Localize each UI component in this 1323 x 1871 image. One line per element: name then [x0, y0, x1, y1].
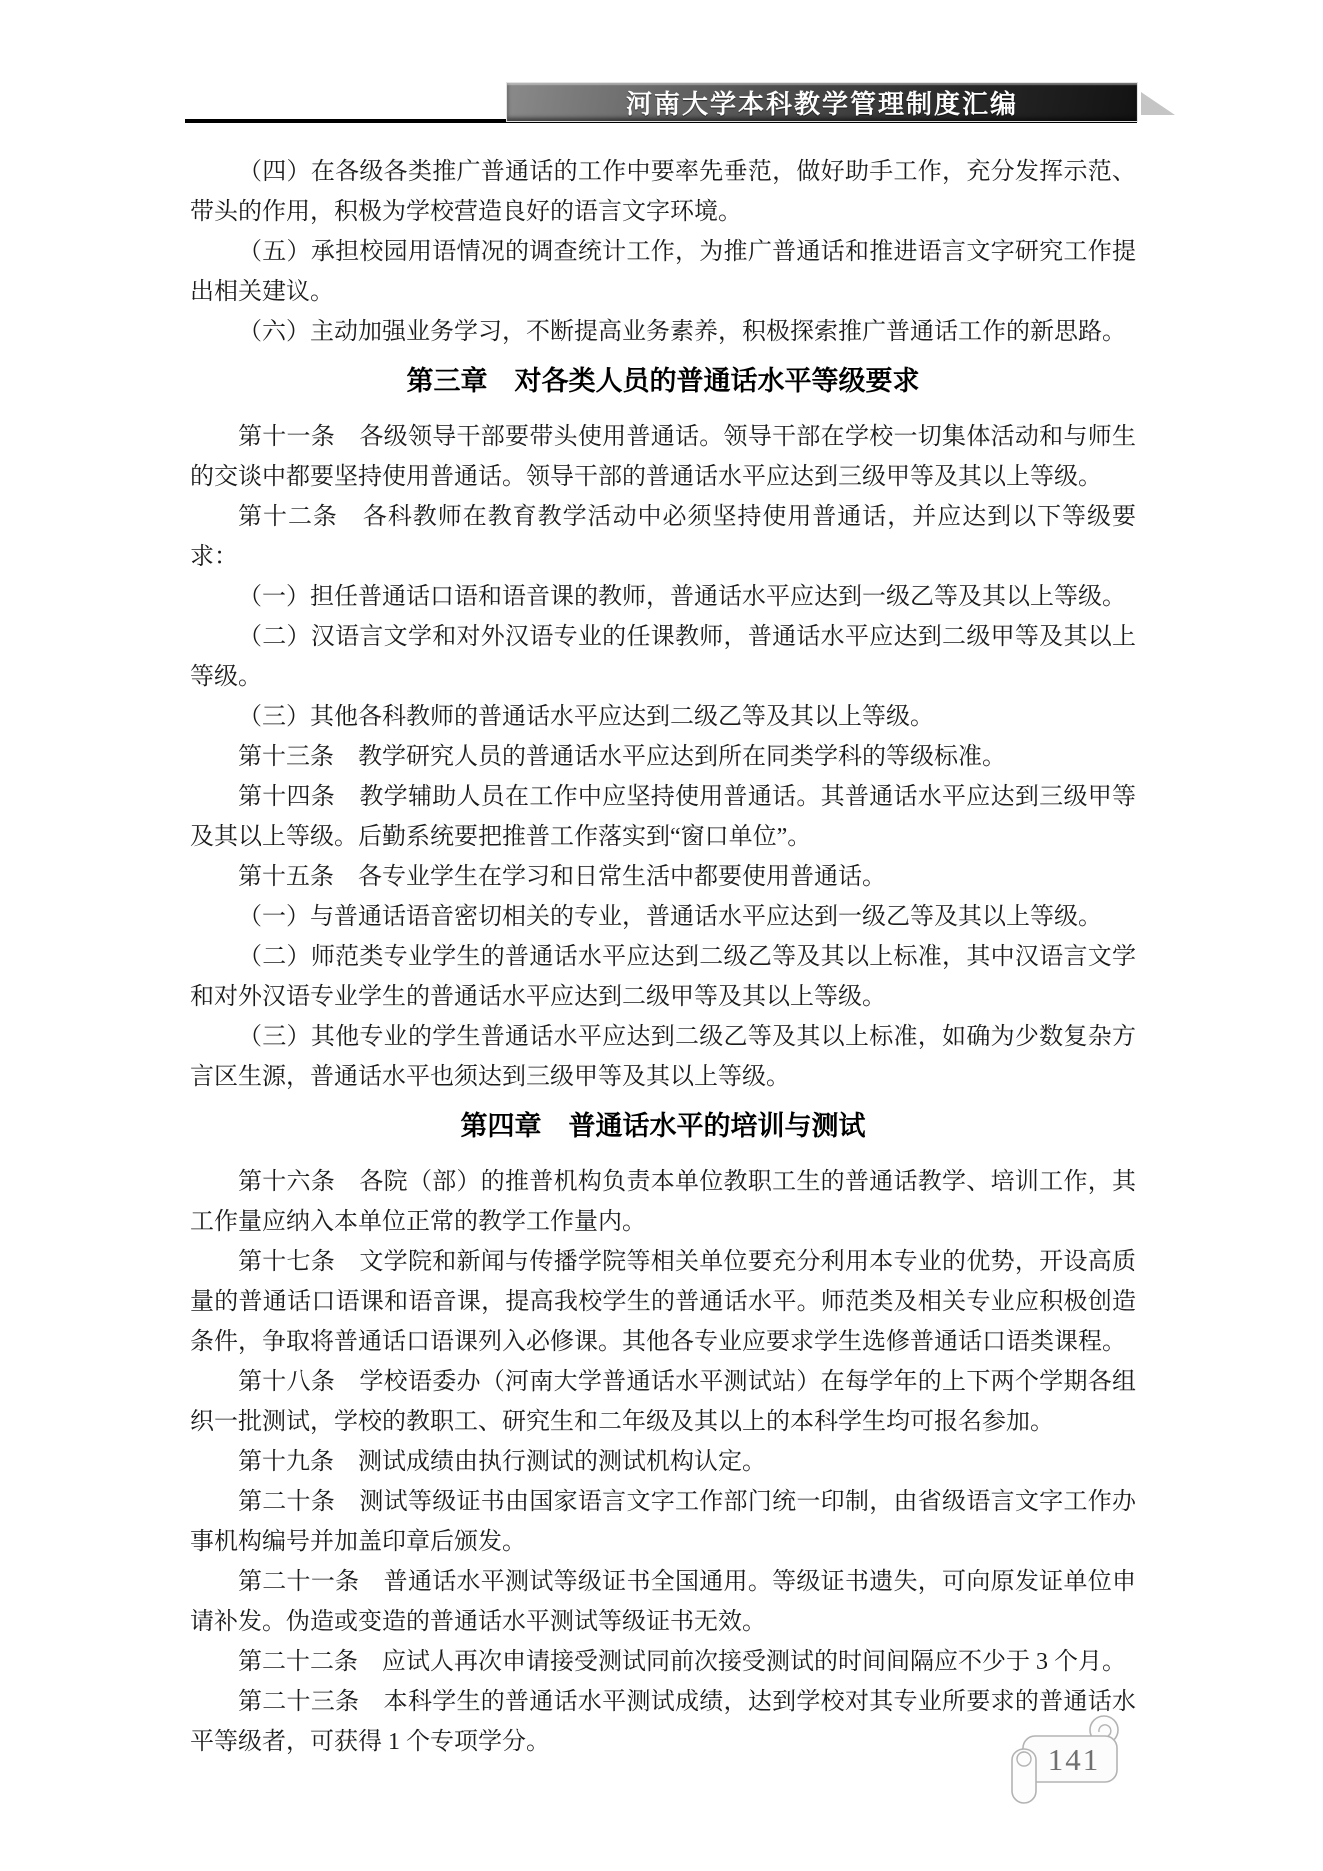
body-paragraph: 第十八条 学校语委办（河南大学普通话水平测试站）在每学年的上下两个学期各组织一批…	[190, 1362, 1136, 1442]
chapter-heading: 第四章 普通话水平的培训与测试	[190, 1106, 1136, 1146]
body-paragraph: （一）与普通话语音密切相关的专业，普通话水平应达到一级乙等及其以上等级。	[190, 897, 1136, 937]
body-paragraph: （三）其他专业的学生普通话水平应达到二级乙等及其以上标准，如确为少数复杂方言区生…	[190, 1017, 1136, 1097]
body-paragraph: 第二十三条 本科学生的普通话水平测试成绩，达到学校对其专业所要求的普通话水平等级…	[190, 1682, 1136, 1762]
page-number: 141	[1028, 1742, 1120, 1778]
body-paragraph: 第二十二条 应试人再次申请接受测试同前次接受测试的时间间隔应不少于 3 个月。	[190, 1642, 1136, 1682]
body-paragraph: 第十七条 文学院和新闻与传播学院等相关单位要充分利用本专业的优势，开设高质量的普…	[190, 1242, 1136, 1362]
body-paragraph: 第十五条 各专业学生在学习和日常生活中都要使用普通话。	[190, 857, 1136, 897]
body-paragraph: 第十九条 测试成绩由执行测试的测试机构认定。	[190, 1442, 1136, 1482]
body-paragraph: 第二十一条 普通话水平测试等级证书全国通用。等级证书遗失，可向原发证单位申请补发…	[190, 1562, 1136, 1642]
body-paragraph: （六）主动加强业务学习，不断提高业务素养，积极探索推广普通话工作的新思路。	[190, 312, 1136, 352]
body-paragraph: （五）承担校园用语情况的调查统计工作，为推广普通话和推进语言文字研究工作提出相关…	[190, 232, 1136, 312]
body-paragraph: （四）在各级各类推广普通话的工作中要率先垂范，做好助手工作，充分发挥示范、带头的…	[190, 152, 1136, 232]
body-paragraph: （二）师范类专业学生的普通话水平应达到二级乙等及其以上标准，其中汉语言文学和对外…	[190, 937, 1136, 1017]
body-paragraph: 第十一条 各级领导干部要带头使用普通话。领导干部在学校一切集体活动和与师生的交谈…	[190, 417, 1136, 497]
header-arrow-decoration-icon	[1141, 92, 1175, 115]
body-paragraph: 第十三条 教学研究人员的普通话水平应达到所在同类学科的等级标准。	[190, 737, 1136, 777]
page-body: （四）在各级各类推广普通话的工作中要率先垂范，做好助手工作，充分发挥示范、带头的…	[190, 152, 1136, 1762]
body-paragraph: 第二十条 测试等级证书由国家语言文字工作部门统一印制，由省级语言文字工作办事机构…	[190, 1482, 1136, 1562]
chapter-heading: 第三章 对各类人员的普通话水平等级要求	[190, 361, 1136, 401]
body-paragraph: （三）其他各科教师的普通话水平应达到二级乙等及其以上等级。	[190, 697, 1136, 737]
body-paragraph: （二）汉语言文学和对外汉语专业的任课教师，普通话水平应达到二级甲等及其以上等级。	[190, 617, 1136, 697]
body-paragraph: 第十六条 各院（部）的推普机构负责本单位教职工生的普通话教学、培训工作，其工作量…	[190, 1162, 1136, 1242]
body-paragraph: 第十四条 教学辅助人员在工作中应坚持使用普通话。其普通话水平应达到三级甲等及其以…	[190, 777, 1136, 857]
body-paragraph: （一）担任普通话口语和语音课的教师，普通话水平应达到一级乙等及其以上等级。	[190, 577, 1136, 617]
document-title: 河南大学本科教学管理制度汇编	[626, 84, 1018, 121]
header-title-bar: 河南大学本科教学管理制度汇编	[507, 83, 1137, 121]
body-paragraph: 第十二条 各科教师在教育教学活动中必须坚持使用普通话，并应达到以下等级要求：	[190, 497, 1136, 577]
